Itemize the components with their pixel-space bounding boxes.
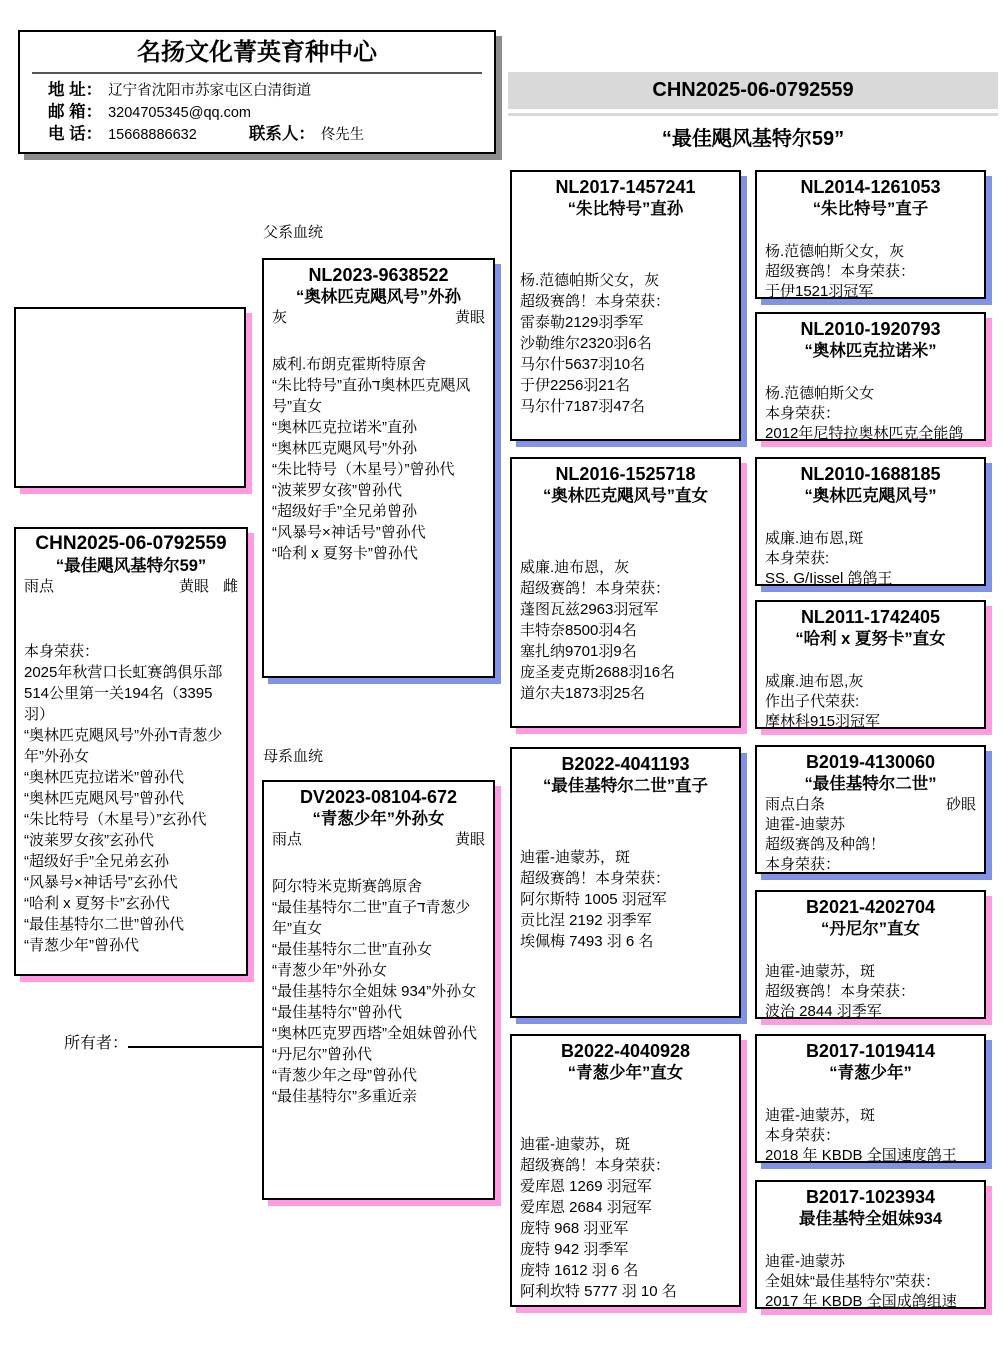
ring-number: B2022-4040928 <box>520 1040 731 1062</box>
address-label: 地 址： <box>48 81 102 99</box>
ring-number: B2022-4041193 <box>520 753 731 775</box>
great-grandparent-box-7: B2017-1019414 “青葱少年” 迪霍-迪蒙苏，斑 本身荣获： 2018… <box>755 1034 986 1163</box>
pigeon-details: 杨.范德帕斯父女，灰 超级赛鸽！本身荣获： 于伊1521羽冠军 <box>765 242 976 302</box>
great-grandparent-box-5: B2019-4130060 “最佳基特尔二世” 雨点白条 砂眼 迪霍-迪蒙苏 超… <box>755 745 986 874</box>
loft-header-box: 名扬文化菁英育种中心 地 址：辽宁省沈阳市苏家屯区白清街道 邮 箱：320470… <box>18 30 496 154</box>
phone-value: 15668886632 <box>108 127 197 143</box>
great-grandparent-box-8: B2017-1023934 最佳基特全姐妹934 迪霍-迪蒙苏 全姐妹“最佳基特… <box>755 1180 986 1309</box>
father-name: “奥林匹克飓风号”外孙 <box>272 286 485 308</box>
pigeon-name: “青葱少年”直女 <box>520 1062 731 1084</box>
pigeon-name: “最佳基特尔二世”直子 <box>520 775 731 797</box>
subject-ring: CHN2025-06-0792559 <box>24 533 238 555</box>
phone-label: 电 话： <box>48 125 102 143</box>
contact-email-row: 邮 箱：3204705345@qq.com <box>30 102 484 124</box>
pigeon-details: 迪霍-迪蒙苏，斑 超级赛鸽！本身荣获： 波治 2844 羽季军 <box>765 962 976 1022</box>
ring-number: B2019-4130060 <box>765 751 976 773</box>
main-pigeon-name: “最佳飓风基特尔59” <box>508 122 998 151</box>
ring-number: NL2010-1920793 <box>765 318 976 340</box>
father-details: 威利.布朗克霍斯特原舍 “朱比特号”直孙ד奥林匹克飓风号”直女 “奥林匹克拉诺米… <box>272 354 485 564</box>
pigeon-details: 威廉.迪布恩,灰 作出子代荣获: 摩林科915羽冠军 <box>765 672 976 732</box>
pigeon-name: “朱比特号”直孙 <box>520 198 731 220</box>
ring-number: NL2017-1457241 <box>520 176 731 198</box>
maternal-grandfather-box: B2022-4041193 “最佳基特尔二世”直子 迪霍-迪蒙苏，斑 超级赛鸽！… <box>510 747 741 1018</box>
subject-box: CHN2025-06-0792559 “最佳飓风基特尔59” 雨点 黄眼 雌 本… <box>14 527 248 976</box>
ring-number: NL2011-1742405 <box>765 606 976 628</box>
great-grandparent-box-4: NL2011-1742405 “哈利 x 夏努卡”直女 威廉.迪布恩,灰 作出子… <box>755 600 986 729</box>
pigeon-details: 杨.范德帕斯父女 本身荣获： 2012年尼特拉奥林匹克全能鸽 <box>765 384 976 444</box>
great-grandparent-box-6: B2021-4202704 “丹尼尔”直女 迪霍-迪蒙苏，斑 超级赛鸽！本身荣获… <box>755 890 986 1019</box>
pigeon-name: “奥林匹克拉诺米” <box>765 340 976 362</box>
ring-number: B2021-4202704 <box>765 896 976 918</box>
paternal-grandfather-box: NL2017-1457241 “朱比特号”直孙 杨.范德帕斯父女，灰 超级赛鸽！… <box>510 170 741 441</box>
pigeon-name: “奥林匹克飓风号”直女 <box>520 485 731 507</box>
header-divider <box>32 72 482 74</box>
mother-details: 阿尔特米克斯赛鸽原舍 “最佳基特尔二世”直子ד青葱少年”直女 “最佳基特尔二世”… <box>272 876 485 1107</box>
maternal-lineage-label: 母系血统 <box>263 748 323 766</box>
subject-sex: 雌 <box>223 577 238 597</box>
ring-number: NL2014-1261053 <box>765 176 976 198</box>
contact-address-row: 地 址：辽宁省沈阳市苏家屯区白清街道 <box>30 80 484 102</box>
mother-name: “青葱少年”外孙女 <box>272 808 485 830</box>
pigeon-details: 迪霍-迪蒙苏，斑 本身荣获： 2018 年 KBDB 全国速度鸽王 <box>765 1106 976 1166</box>
father-traits: 灰 黄眼 <box>272 308 485 328</box>
main-ring-banner: CHN2025-06-0792559 <box>508 72 998 109</box>
ring-number: B2017-1023934 <box>765 1186 976 1208</box>
pigeon-name: 最佳基特全姐妹934 <box>765 1208 976 1230</box>
banner-rule <box>508 113 998 116</box>
great-grandparent-box-2: NL2010-1920793 “奥林匹克拉诺米” 杨.范德帕斯父女 本身荣获： … <box>755 312 986 441</box>
father-ring: NL2023-9638522 <box>272 264 485 286</box>
pigeon-name: “丹尼尔”直女 <box>765 918 976 940</box>
pigeon-name: “朱比特号”直子 <box>765 198 976 220</box>
photo-placeholder <box>14 307 246 488</box>
pigeon-details: 威廉.迪布恩,斑 本身荣获: SS. G/Ijssel 鸽鸽王 <box>765 529 976 589</box>
father-box: NL2023-9638522 “奥林匹克飓风号”外孙 灰 黄眼 威利.布朗克霍斯… <box>262 258 495 678</box>
pigeon-name: “哈利 x 夏努卡”直女 <box>765 628 976 650</box>
email-value: 3204705345@qq.com <box>108 105 251 121</box>
father-eye: 黄眼 <box>455 308 485 328</box>
subject-eye: 黄眼 <box>179 577 209 597</box>
address-value: 辽宁省沈阳市苏家屯区白清街道 <box>108 83 311 99</box>
pigeon-details: 迪霍-迪蒙苏 全姐妹“最佳基特尔”荣获： 2017 年 KBDB 全国成鸽组速 <box>765 1252 976 1312</box>
ring-number: NL2016-1525718 <box>520 463 731 485</box>
pigeon-color: 雨点白条 <box>765 795 825 815</box>
owner-line: 所有者： <box>64 1030 278 1053</box>
subject-details: 本身荣获： 2025年秋营口长虹赛鸽俱乐部514公里第一关194名（3395羽）… <box>24 641 238 956</box>
mother-eye: 黄眼 <box>455 830 485 850</box>
subject-name: “最佳飓风基特尔59” <box>24 555 238 577</box>
father-color: 灰 <box>272 308 287 328</box>
loft-name: 名扬文化菁英育种中心 <box>30 36 484 70</box>
paternal-grandmother-box: NL2016-1525718 “奥林匹克飓风号”直女 威廉.迪布恩，灰 超级赛鸽… <box>510 457 741 728</box>
maternal-grandmother-box: B2022-4040928 “青葱少年”直女 迪霍-迪蒙苏，斑 超级赛鸽！本身荣… <box>510 1034 741 1307</box>
ring-number: NL2010-1688185 <box>765 463 976 485</box>
pigeon-details: 迪霍-迪蒙苏，斑 超级赛鸽！本身荣获： 阿尔斯特 1005 羽冠军 贡比涅 21… <box>520 847 731 952</box>
great-grandparent-box-3: NL2010-1688185 “奥林匹克飓风号” 威廉.迪布恩,斑 本身荣获: … <box>755 457 986 586</box>
pigeon-details: 杨.范德帕斯父女，灰 超级赛鸽！本身荣获： 雷泰勒2129羽季军 沙勒维尔232… <box>520 270 731 417</box>
owner-label: 所有者： <box>64 1035 128 1052</box>
subject-color: 雨点 <box>24 577 54 597</box>
pigeon-details: 迪霍-迪蒙苏 超级赛鸽及种鸽！ 本身荣获： <box>765 815 976 875</box>
mother-box: DV2023-08104-672 “青葱少年”外孙女 雨点 黄眼 阿尔特米克斯赛… <box>262 780 495 1200</box>
pedigree-certificate-page: 名扬文化菁英育种中心 地 址：辽宁省沈阳市苏家屯区白清街道 邮 箱：320470… <box>0 0 1006 1366</box>
pigeon-eye: 砂眼 <box>946 795 976 815</box>
pigeon-details: 迪霍-迪蒙苏，斑 超级赛鸽！本身荣获： 爱库恩 1269 羽冠军 爱库恩 268… <box>520 1134 731 1302</box>
mother-traits: 雨点 黄眼 <box>272 830 485 850</box>
pigeon-traits: 雨点白条 砂眼 <box>765 795 976 815</box>
pigeon-details: 威廉.迪布恩，灰 超级赛鸽！本身荣获： 蓬图瓦兹2963羽冠军 丰特奈8500羽… <box>520 557 731 704</box>
great-grandparent-box-1: NL2014-1261053 “朱比特号”直子 杨.范德帕斯父女，灰 超级赛鸽！… <box>755 170 986 299</box>
pigeon-name: “奥林匹克飓风号” <box>765 485 976 507</box>
mother-ring: DV2023-08104-672 <box>272 786 485 808</box>
mother-color: 雨点 <box>272 830 302 850</box>
contact-person-value: 佟先生 <box>321 127 365 143</box>
email-label: 邮 箱： <box>48 103 102 121</box>
owner-signature-blank <box>128 1033 278 1048</box>
contact-phone-row: 电 话：15668886632联系人：佟先生 <box>30 124 484 146</box>
paternal-lineage-label: 父系血统 <box>263 224 323 242</box>
pigeon-name: “最佳基特尔二世” <box>765 773 976 795</box>
pigeon-name: “青葱少年” <box>765 1062 976 1084</box>
subject-traits: 雨点 黄眼 雌 <box>24 577 238 597</box>
contact-person-label: 联系人： <box>249 125 315 143</box>
ring-number: B2017-1019414 <box>765 1040 976 1062</box>
